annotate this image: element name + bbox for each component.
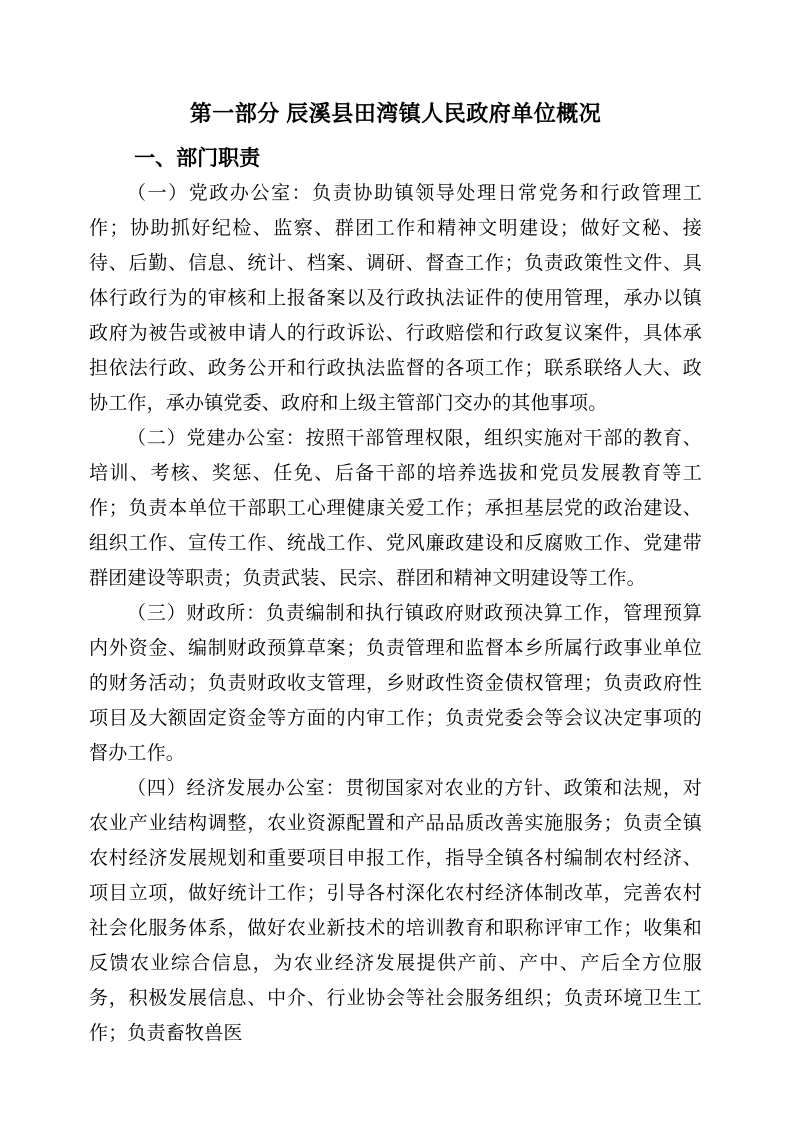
document-page: 第一部分 辰溪县田湾镇人民政府单位概况 一、部门职责 （一）党政办公室：负责协助… [0,0,793,1122]
document-body: （一）党政办公室：负责协助镇领导处理日常党务和行政管理工作；协助抓好纪检、监察、… [89,176,702,1051]
paragraph-party-government-office: （一）党政办公室：负责协助镇领导处理日常党务和行政管理工作；协助抓好纪检、监察、… [89,176,702,421]
paragraph-party-building-office: （二）党建办公室：按照干部管理权限，组织实施对干部的教育、培训、考核、奖惩、任免… [89,421,702,596]
section-heading: 一、部门职责 [89,142,702,176]
document-title: 第一部分 辰溪县田湾镇人民政府单位概况 [89,96,702,132]
paragraph-finance-office: （三）财政所：负责编制和执行镇政府财政预决算工作，管理预算内外资金、编制财政预算… [89,596,702,771]
paragraph-economic-development-office: （四）经济发展办公室：贯彻国家对农业的方针、政策和法规，对农业产业结构调整，农业… [89,771,702,1051]
